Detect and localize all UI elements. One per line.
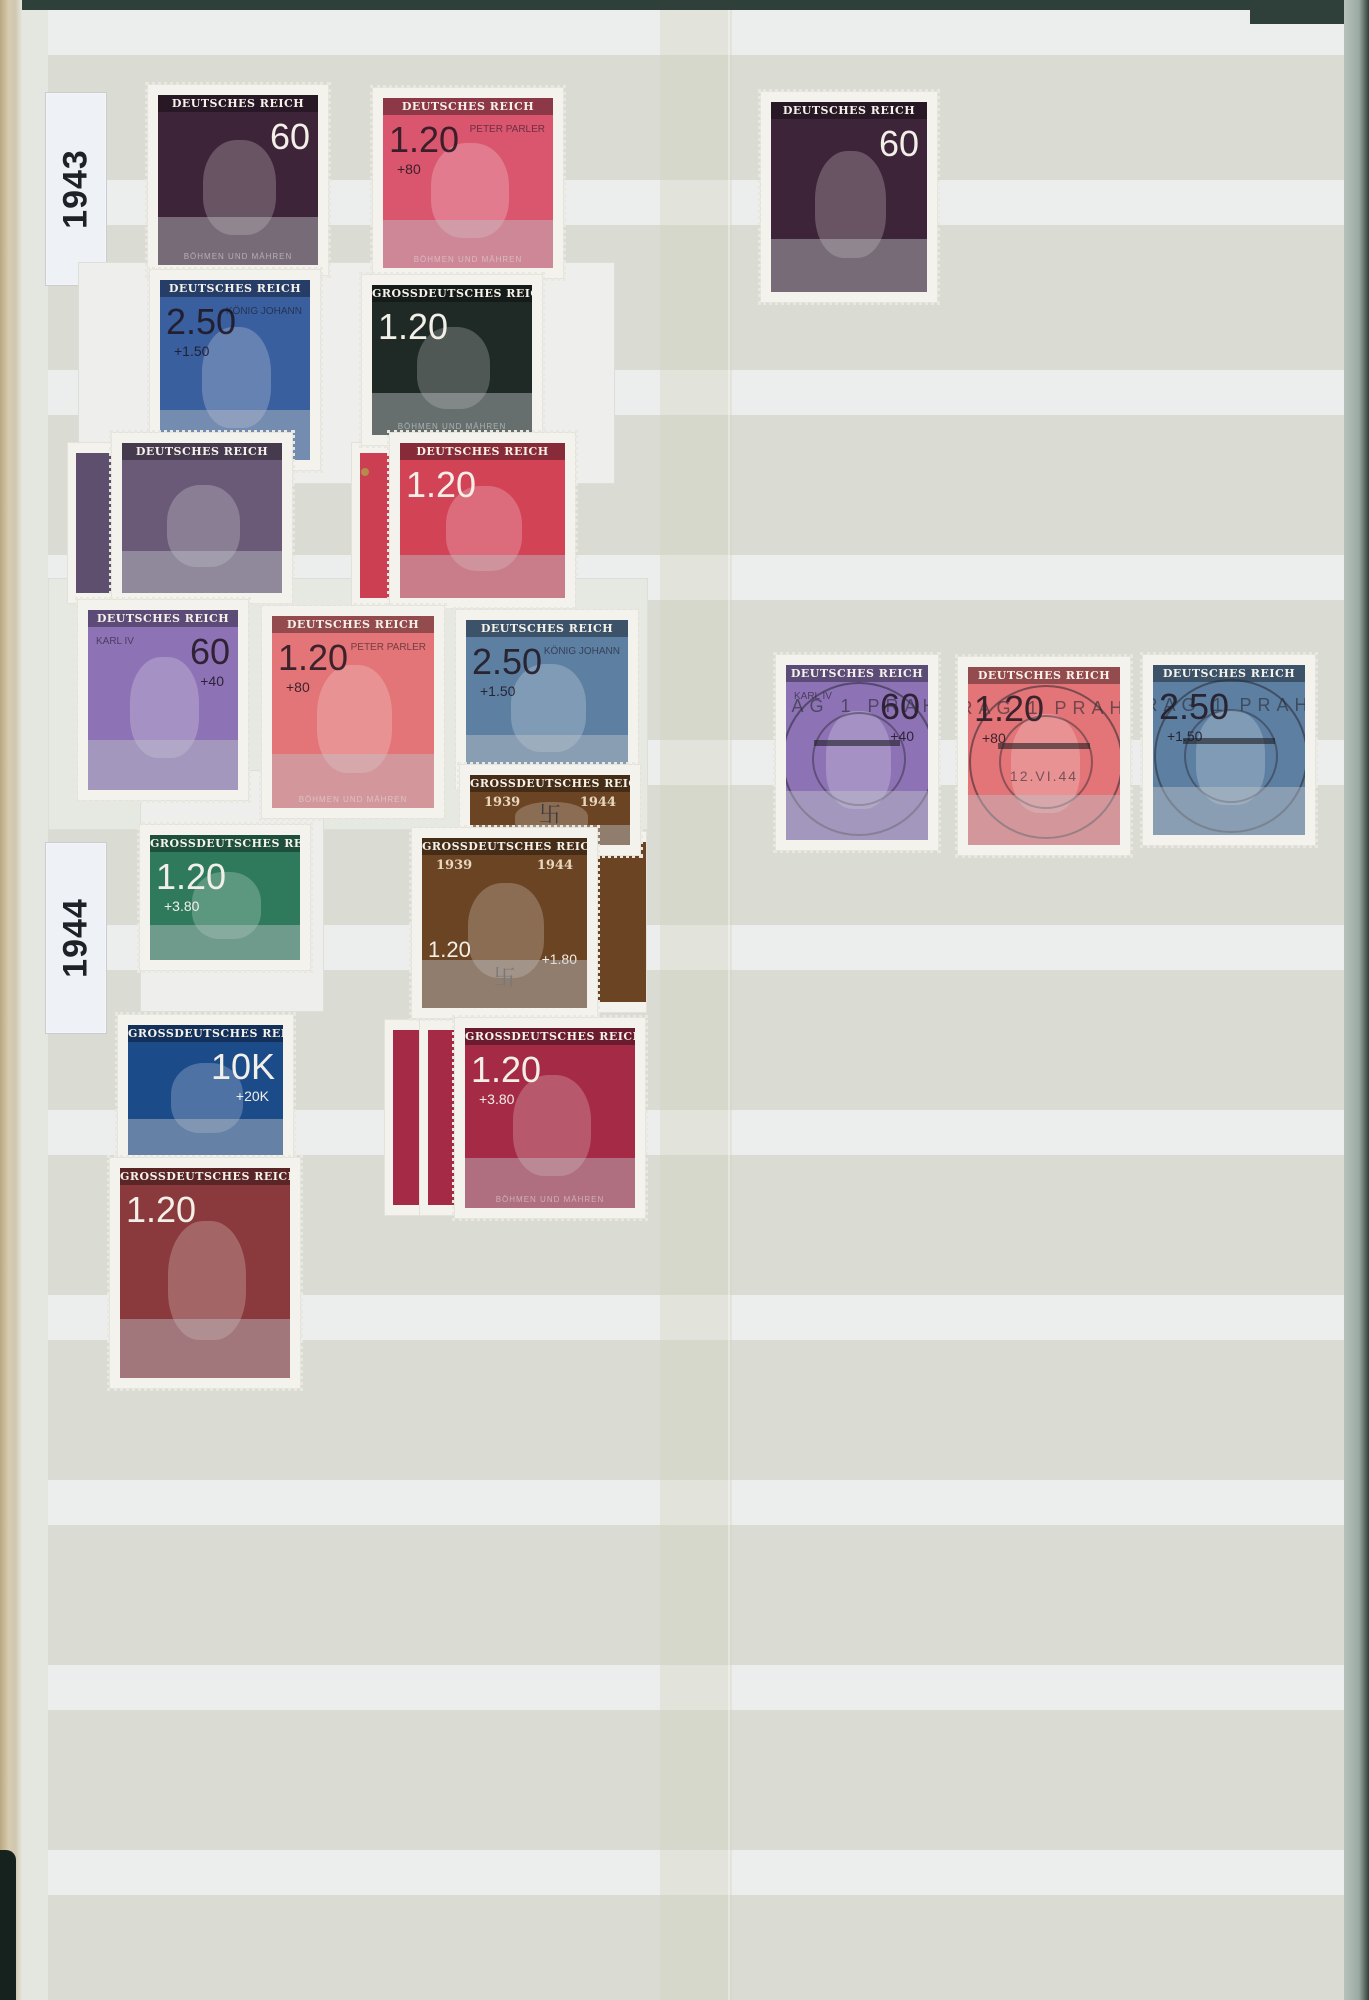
- cancel-bar: [998, 743, 1089, 749]
- stamp-design: DEUTSCHES REICH 2.50+1.50 PRAG 1 PRAHA: [1153, 665, 1305, 835]
- stamp-caption: KARL IV: [96, 636, 134, 647]
- stamp-design: GROSSDEUTSCHES REICH 193919441.20+1.80卐: [422, 838, 587, 1008]
- stamp-caption: PETER PARLER: [351, 642, 426, 653]
- stamp-design: DEUTSCHES REICH 60+40KARL IV: [88, 610, 238, 790]
- strip-overlay: [1153, 787, 1305, 835]
- stamp-header: GROSSDEUTSCHES REICH: [422, 838, 587, 855]
- face-value: 1.20: [406, 467, 476, 503]
- paper-speck: [361, 468, 369, 476]
- stamp-header: GROSSDEUTSCHES REICH: [150, 835, 300, 852]
- stamp-header: DEUTSCHES REICH: [272, 616, 434, 633]
- strip-overlay: [158, 217, 318, 265]
- year-start: 1939: [484, 795, 520, 810]
- strip-overlay: [272, 754, 434, 808]
- strip-overlay: [771, 239, 927, 292]
- year-end: 1944: [537, 858, 573, 873]
- stamp-s1944-anniv-120[interactable]: GROSSDEUTSCHES REICH 193919441.20+1.80卐: [412, 828, 597, 1018]
- strip-overlay: [968, 795, 1120, 845]
- face-value: 1.20: [389, 122, 459, 158]
- postmark-text: PRAG 1 PRAHA: [1153, 695, 1305, 716]
- stamp-design: DEUTSCHES REICH 60+40KARL IV PRAG 1 PRAH…: [786, 665, 928, 840]
- face-value: 1.20: [471, 1052, 541, 1088]
- face-value: 1.20: [278, 640, 348, 676]
- stamp-header: GROSSDEUTSCHES REICH: [470, 775, 630, 792]
- strip-overlay: [122, 551, 282, 593]
- year-text: 1943: [57, 149, 96, 229]
- surcharge: +3.80: [479, 1092, 514, 1106]
- year-label-1943: 1943: [45, 92, 107, 286]
- stamp-design: GROSSDEUTSCHES REICH 1.20+3.80BÖHMEN UND…: [465, 1028, 635, 1208]
- postmark-text: PRAG 1 PRAHA: [786, 696, 928, 717]
- stamp-caption: KÖNIG JOHANN: [544, 646, 620, 657]
- strip-overlay: [372, 393, 532, 435]
- year-start: 1939: [436, 858, 472, 873]
- stamp-header: DEUTSCHES REICH: [786, 665, 928, 682]
- year-text: 1944: [57, 898, 96, 978]
- face-value: 1.20: [156, 859, 226, 895]
- center-divider: [660, 10, 732, 2000]
- stamp-design: GROSSDEUTSCHES REICH 10K+20K: [128, 1025, 283, 1155]
- anniversary-years: 19391944: [422, 858, 587, 873]
- stamp-header: DEUTSCHES REICH: [88, 610, 238, 627]
- stamp-design: DEUTSCHES REICH 60BÖHMEN UND MÄHREN: [158, 95, 318, 265]
- stamp-s1944-smetana-120[interactable]: GROSSDEUTSCHES REICH 1.20: [110, 1158, 300, 1388]
- strip-overlay: [120, 1319, 290, 1378]
- surcharge: +1.50: [480, 684, 515, 698]
- surcharge: +20K: [236, 1089, 269, 1103]
- stamp-design: GROSSDEUTSCHES REICH 1.20+3.80: [150, 835, 300, 960]
- stamp-header: DEUTSCHES REICH: [122, 443, 282, 460]
- stamp-design: GROSSDEUTSCHES REICH 1.20BÖHMEN UND MÄHR…: [372, 285, 532, 435]
- stamp-design: DEUTSCHES REICH 1.20: [400, 443, 565, 598]
- stamp-s1943-postrider-60[interactable]: DEUTSCHES REICH 60BÖHMEN UND MÄHREN: [148, 85, 328, 275]
- face-value: 2.50: [472, 644, 542, 680]
- strip-overlay: [150, 925, 300, 960]
- stamp-design: DEUTSCHES REICH: [122, 443, 282, 593]
- surcharge: +80: [286, 680, 310, 694]
- strip-overlay: [422, 960, 587, 1008]
- stamp-s1943-hitler-grey[interactable]: DEUTSCHES REICH: [112, 433, 292, 603]
- surcharge: +3.80: [164, 899, 199, 913]
- stamp-s1943-parler-120[interactable]: DEUTSCHES REICH 1.20+80PETER PARLERBÖHME…: [373, 88, 563, 278]
- stamp-s1943-redcross-120[interactable]: GROSSDEUTSCHES REICH 1.20BÖHMEN UND MÄHR…: [362, 275, 542, 445]
- face-value: 1.20: [378, 309, 448, 345]
- stamp-header: DEUTSCHES REICH: [771, 102, 927, 119]
- stamp-s1944-hitler-120[interactable]: GROSSDEUTSCHES REICH 1.20+3.80: [140, 825, 310, 970]
- strip-overlay: [400, 555, 565, 598]
- cover-edge: [0, 0, 1369, 10]
- stamp-s1944-costume-120[interactable]: GROSSDEUTSCHES REICH 1.20+3.80BÖHMEN UND…: [455, 1018, 645, 1218]
- face-value: 60: [190, 634, 230, 670]
- stamp-design: DEUTSCHES REICH 1.20+80 PRAG 1 PRAHA12.V…: [968, 667, 1120, 845]
- stamp-design: GROSSDEUTSCHES REICH 1.20: [120, 1168, 290, 1378]
- strip-overlay: [786, 791, 928, 840]
- stamp-header: GROSSDEUTSCHES REICH: [465, 1028, 635, 1045]
- stamp-header: GROSSDEUTSCHES REICH: [120, 1168, 290, 1185]
- stamp-header: DEUTSCHES REICH: [400, 443, 565, 460]
- stamp-s1943-hitler-red[interactable]: DEUTSCHES REICH 1.20: [390, 433, 575, 608]
- surcharge: +40: [200, 674, 224, 688]
- stamp-design: DEUTSCHES REICH 1.20+80PETER PARLERBÖHME…: [272, 616, 434, 808]
- stamp-design: DEUTSCHES REICH 2.50+1.50KÖNIG JOHANN: [466, 620, 628, 780]
- postmark-date: 12.VI.44: [1010, 768, 1078, 784]
- face-value: 10K: [211, 1049, 275, 1085]
- face-value: 60: [270, 119, 310, 155]
- strip-overlay: [465, 1158, 635, 1208]
- face-value: 1.20: [126, 1192, 196, 1228]
- stamp-used-parler-120[interactable]: DEUTSCHES REICH 1.20+80 PRAG 1 PRAHA12.V…: [958, 657, 1130, 855]
- stamp-s1943-johann-250b[interactable]: DEUTSCHES REICH 2.50+1.50KÖNIG JOHANN: [456, 610, 638, 790]
- stamp-caption: PETER PARLER: [470, 124, 545, 135]
- year-end: 1944: [580, 795, 616, 810]
- strip-overlay: [128, 1119, 283, 1155]
- cancel-bar: [814, 740, 899, 746]
- stamp-header: DEUTSCHES REICH: [158, 95, 318, 112]
- stamp-header: DEUTSCHES REICH: [383, 98, 553, 115]
- page-edges: [0, 0, 22, 2000]
- stamp-s1943-parler-120b[interactable]: DEUTSCHES REICH 1.20+80PETER PARLERBÖHME…: [262, 606, 444, 818]
- face-value: 60: [879, 126, 919, 162]
- surcharge: +80: [397, 162, 421, 176]
- stamp-s1944-costume-10k[interactable]: GROSSDEUTSCHES REICH 10K+20K: [118, 1015, 293, 1165]
- stamp-header: DEUTSCHES REICH: [160, 280, 310, 297]
- stamp-header: GROSSDEUTSCHES REICH: [128, 1025, 283, 1042]
- stamp-design: DEUTSCHES REICH 1.20+80PETER PARLERBÖHME…: [383, 98, 553, 268]
- stamp-design: DEUTSCHES REICH 60: [771, 102, 927, 292]
- stamp-used-karl-60[interactable]: DEUTSCHES REICH 60+40KARL IV PRAG 1 PRAH…: [776, 655, 938, 850]
- surcharge: +1.50: [174, 344, 209, 358]
- album-spine: [1344, 0, 1369, 2000]
- year-label-1944: 1944: [45, 842, 107, 1034]
- stamp-header: DEUTSCHES REICH: [466, 620, 628, 637]
- strip-overlay: [383, 220, 553, 268]
- strip-overlay: [88, 740, 238, 790]
- stamp-used-johann-250[interactable]: DEUTSCHES REICH 2.50+1.50 PRAG 1 PRAHA: [1143, 655, 1315, 845]
- stamp-s1943-karl-60[interactable]: DEUTSCHES REICH 60+40KARL IV: [78, 600, 248, 800]
- cancel-bar: [1183, 738, 1274, 744]
- stamp-used-postrider-60[interactable]: DEUTSCHES REICH 60: [761, 92, 937, 302]
- stamp-header: DEUTSCHES REICH: [968, 667, 1120, 684]
- stamp-caption: KÖNIG JOHANN: [226, 306, 302, 317]
- column-line: [728, 10, 730, 2000]
- stamp-header: GROSSDEUTSCHES REICH: [372, 285, 532, 302]
- emblem: 卐: [539, 798, 561, 829]
- postmark-text: PRAG 1 PRAHA: [968, 698, 1120, 719]
